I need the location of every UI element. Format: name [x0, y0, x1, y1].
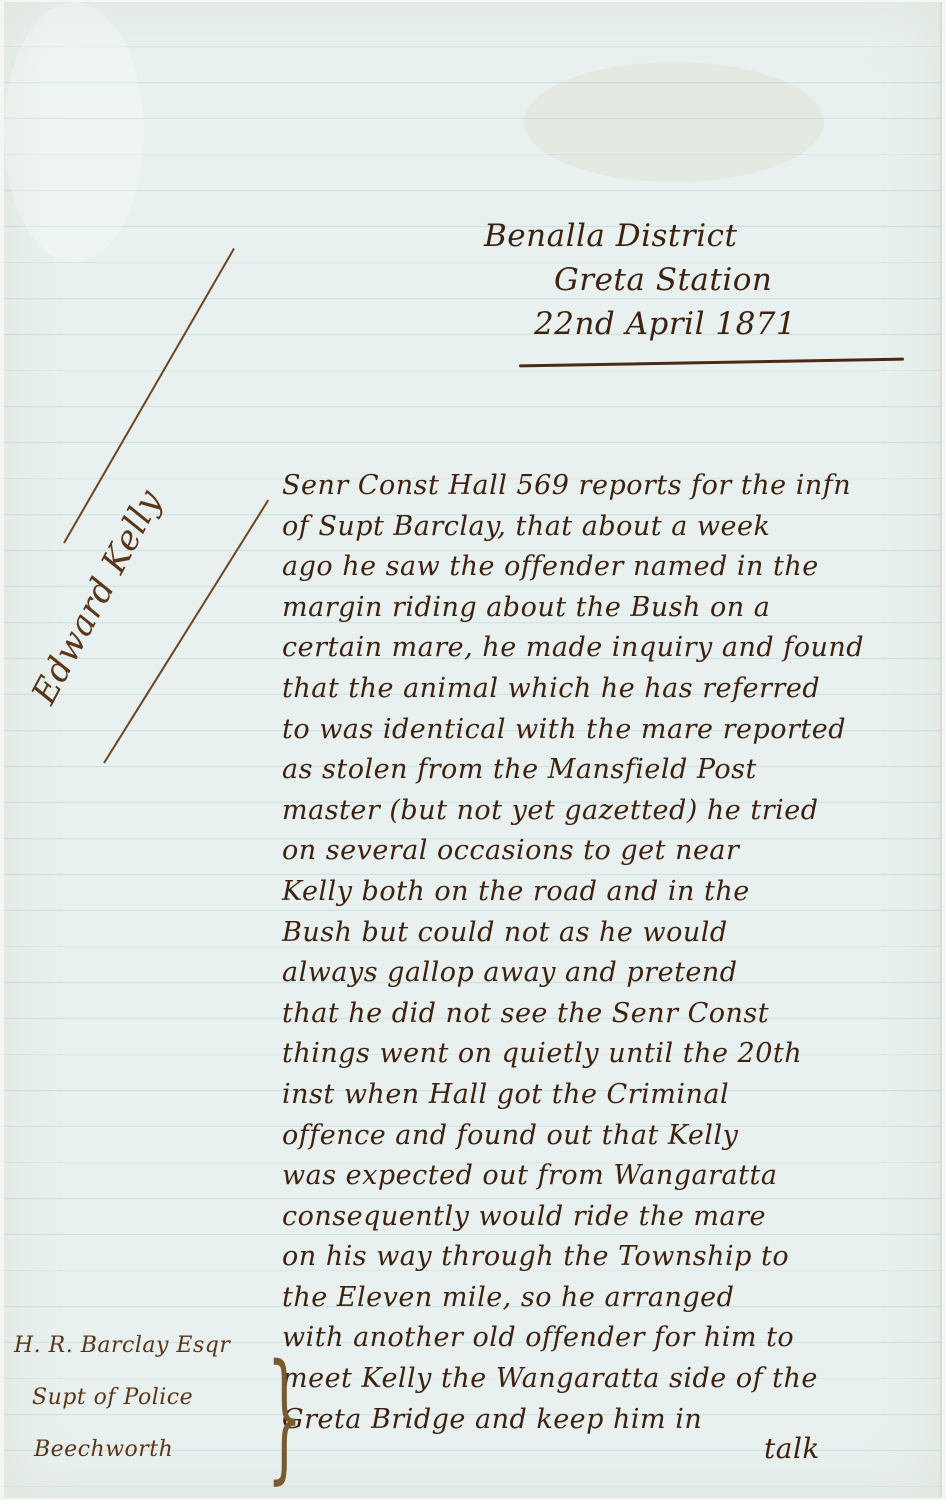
body-line: Kelly both on the road and in the: [282, 872, 922, 913]
body-line: always gallop away and pretend: [282, 953, 922, 994]
body-line: that the animal which he has referred: [282, 669, 922, 710]
body-line: Bush but could not as he would: [282, 913, 922, 954]
body-line: master (but not yet gazetted) he tried: [282, 791, 922, 832]
body-line: things went on quietly until the 20th: [282, 1034, 922, 1075]
body-line: that he did not see the Senr Const: [282, 994, 922, 1035]
body-line: on his way through the Township to: [282, 1237, 922, 1278]
body-line: to was identical with the mare reported: [282, 710, 922, 751]
date-line: 22nd April 1871: [534, 302, 894, 346]
body-line: ago he saw the offender named in the: [282, 547, 922, 588]
paper-fold-highlight: [4, 2, 144, 262]
body-line: inst when Hall got the Criminal: [282, 1075, 922, 1116]
document-page: Benalla District Greta Station 22nd Apri…: [4, 2, 942, 1498]
body-line: with another old offender for him to: [282, 1318, 922, 1359]
letter-header: Benalla District Greta Station 22nd Apri…: [474, 214, 894, 346]
body-line: offence and found out that Kelly: [282, 1116, 922, 1157]
body-line: meet Kelly the Wangaratta side of the: [282, 1359, 922, 1400]
paper-stain: [524, 62, 824, 182]
report-body: Senr Const Hall 569 reports for the infn…: [282, 466, 922, 1440]
body-line: Senr Const Hall 569 reports for the infn: [282, 466, 922, 507]
body-line: Greta Bridge and keep him in: [282, 1400, 922, 1441]
addressee-location: Beechworth: [34, 1424, 274, 1476]
body-line: the Eleven mile, so he arranged: [282, 1278, 922, 1319]
body-line: of Supt Barclay, that about a week: [282, 507, 922, 548]
addressee-block: H. R. Barclay Esqr Supt of Police Beechw…: [14, 1320, 274, 1476]
header-underline: [519, 358, 904, 368]
catchword: talk: [764, 1432, 820, 1465]
station-line: Greta Station: [554, 258, 894, 302]
district-line: Benalla District: [484, 214, 894, 258]
offender-name-margin: Edward Kelly: [24, 483, 170, 710]
body-line: on several occasions to get near: [282, 831, 922, 872]
body-line: certain mare, he made inquiry and found: [282, 628, 922, 669]
addressee-title: Supt of Police: [32, 1372, 274, 1424]
body-line: as stolen from the Mansfield Post: [282, 750, 922, 791]
addressee-name: H. R. Barclay Esqr: [14, 1320, 274, 1372]
body-line: was expected out from Wangaratta: [282, 1156, 922, 1197]
brace-mark: }: [267, 1347, 303, 1487]
body-line: consequently would ride the mare: [282, 1197, 922, 1238]
body-line: margin riding about the Bush on a: [282, 588, 922, 629]
